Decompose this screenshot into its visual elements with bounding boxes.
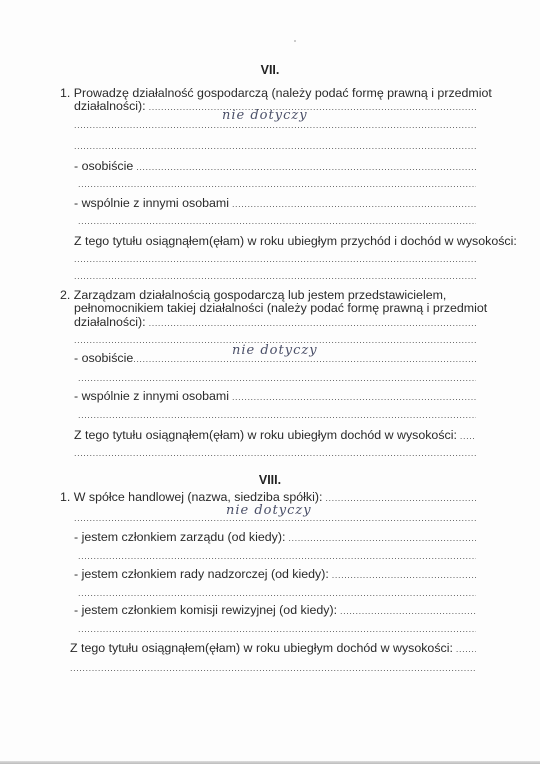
viii-board-fill[interactable] (78, 549, 476, 563)
fill-line[interactable] (288, 531, 476, 545)
fill-line[interactable] (74, 446, 476, 460)
fill-line[interactable] (340, 604, 476, 618)
viii-audit[interactable]: - jestem członkiem komisji rewizyjnej (o… (74, 603, 476, 618)
vii-item1-personally[interactable]: - osobiście (74, 159, 476, 174)
vii-item1-fill-2[interactable] (74, 139, 476, 153)
viii-income[interactable]: Z tego tytułu osiągnąłem(ęłam) w roku ub… (70, 641, 476, 656)
vii-item2-income[interactable]: Z tego tytułu osiągnąłem(ęłam) w roku ub… (74, 428, 476, 443)
fill-line[interactable] (74, 252, 476, 266)
viii-supervisory-fill[interactable] (78, 586, 476, 600)
handwritten-answer: nie dotyczy (222, 108, 308, 123)
fill-line[interactable] (78, 408, 476, 422)
fill-line[interactable] (325, 491, 476, 505)
fill-line[interactable] (232, 390, 476, 404)
fill-line[interactable] (74, 139, 476, 153)
fill-line[interactable] (78, 214, 476, 228)
vii-item2-income-fill[interactable] (74, 446, 476, 460)
handwritten-answer: nie dotyczy (232, 343, 318, 358)
fill-line[interactable] (78, 177, 476, 191)
vii-item2-line2: pełnomocnikiem takiej działalności (nale… (74, 301, 484, 315)
vii-item2-personally-fill[interactable] (78, 371, 476, 385)
viii-income-fill[interactable] (70, 661, 476, 675)
vii-item1-line1: 1. Prowadzę działalność gospodarczą (nal… (60, 86, 480, 100)
viii-audit-fill[interactable] (78, 622, 476, 636)
vii-item1-jointly[interactable]: - wspólnie z innymi osobami (74, 196, 476, 211)
scan-speck (294, 40, 296, 42)
fill-line[interactable] (232, 197, 476, 211)
fill-line[interactable] (332, 568, 476, 582)
handwritten-answer: nie dotyczy (226, 503, 312, 518)
fill-line[interactable] (149, 100, 476, 114)
fill-line[interactable] (70, 661, 476, 675)
vii-item1-income-fill-1[interactable] (74, 252, 476, 266)
fill-line[interactable] (78, 371, 476, 385)
vii-item2-jointly[interactable]: - wspólnie z innymi osobami (74, 389, 476, 404)
fill-line[interactable] (456, 642, 476, 656)
fill-line[interactable] (74, 269, 476, 283)
fill-line[interactable] (78, 586, 476, 600)
vii-item1-income-fill-2[interactable] (74, 269, 476, 283)
vii-item1-jointly-fill[interactable] (78, 214, 476, 228)
vii-item1-personally-fill[interactable] (78, 177, 476, 191)
vii-item2-line3[interactable]: działalności): (74, 315, 476, 330)
fill-line[interactable] (136, 160, 476, 174)
vii-item2-jointly-fill[interactable] (78, 408, 476, 422)
vii-item2-line1: 2. Zarządzam działalnością gospodarczą l… (60, 288, 480, 302)
fill-line[interactable] (149, 316, 476, 330)
fill-line[interactable] (78, 622, 476, 636)
section-vii-heading: VII. (0, 63, 540, 77)
vii-item1-income: Z tego tytułu osiągnąłem(ęłam) w roku ub… (74, 234, 484, 248)
fill-line[interactable] (78, 549, 476, 563)
viii-board[interactable]: - jestem członkiem zarządu (od kiedy): (74, 530, 476, 545)
viii-supervisory[interactable]: - jestem członkiem rady nadzorczej (od k… (74, 567, 476, 582)
section-viii-heading: VIII. (0, 473, 540, 487)
document-page: VII. 1. Prowadzę działalność gospodarczą… (0, 0, 540, 764)
fill-line[interactable] (460, 429, 476, 443)
